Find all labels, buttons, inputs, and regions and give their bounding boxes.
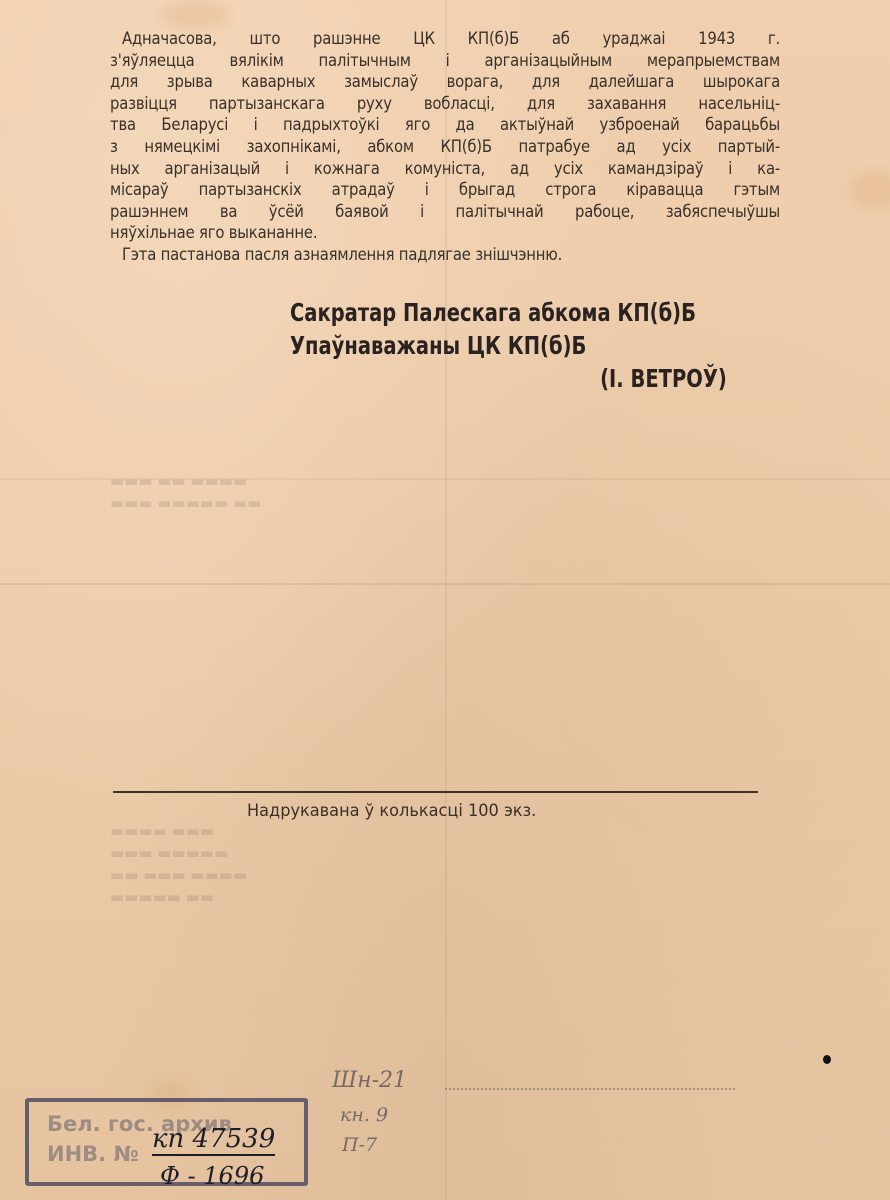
body-line: з'яўляецца вялікім палітычным і арганіза… bbox=[110, 50, 780, 72]
signature-name: (І. ВЕТРОЎ) bbox=[290, 362, 727, 395]
paper-stain bbox=[160, 0, 230, 30]
signature-role: Упаўнаважаны ЦК КП(б)Б bbox=[290, 329, 633, 362]
dotted-line bbox=[445, 1088, 735, 1090]
divider-rule bbox=[113, 791, 758, 793]
body-line: місараў партызанскіх атрадаў і брыгад ст… bbox=[110, 179, 780, 201]
print-run-note: Надрукавана ў колькасці 100 экз. bbox=[247, 801, 536, 821]
signature-block: Сакратар Палескага абкома КП(б)Б Упаўнав… bbox=[290, 296, 633, 395]
body-line: Адначасова, што рашэнне ЦК КП(б)Б аб ура… bbox=[110, 28, 780, 50]
bleed-through-text: ▬▬▬ ▬▬ ▬▬▬▬▬▬▬ ▬▬▬▬▬ ▬▬ bbox=[110, 470, 261, 514]
bleed-through-text: ▬▬▬▬ ▬▬▬▬▬▬ ▬▬▬▬▬▬▬ ▬▬▬ ▬▬▬▬▬▬▬▬▬ ▬▬ bbox=[110, 820, 247, 908]
document-page: ▬▬▬ ▬▬ ▬▬▬▬▬▬▬ ▬▬▬▬▬ ▬▬ ▬▬▬▬ ▬▬▬▬▬▬ ▬▬▬▬… bbox=[0, 0, 890, 1200]
body-line: тва Беларусі і падрыхтоўкі яго да актыўн… bbox=[110, 114, 780, 136]
body-line: ных арганізацый і кожнага комуніста, ад … bbox=[110, 158, 780, 180]
body-line: для зрыва каварных замыслаў ворага, для … bbox=[110, 71, 780, 93]
handwritten-inventory-number: кп 47539 bbox=[152, 1124, 275, 1156]
resolution-body: Адначасова, што рашэнне ЦК КП(б)Б аб ура… bbox=[110, 28, 780, 266]
pencil-note: Шн-21 bbox=[332, 1068, 407, 1093]
destroy-notice: Гэта пастанова пасля азнаямлення падляга… bbox=[110, 244, 780, 266]
stamp-inventory-label: ИНВ. № bbox=[47, 1142, 139, 1166]
pencil-note: кн. 9 bbox=[340, 1104, 388, 1126]
signature-title: Сакратар Палескага абкома КП(б)Б bbox=[290, 296, 633, 329]
body-line: развіцця партызанскага руху вобласці, дл… bbox=[110, 93, 780, 115]
pencil-note: П-7 bbox=[342, 1134, 377, 1156]
paper-stain bbox=[850, 170, 890, 210]
body-line: рашэннем ва ўсёй баявой і палітычнай раб… bbox=[110, 201, 780, 223]
body-line: няўхільнае яго выкананне. bbox=[110, 222, 780, 244]
handwritten-fund-number: Ф - 1696 bbox=[160, 1162, 264, 1190]
ink-spot bbox=[823, 1055, 831, 1064]
body-line: з нямецкімі захопнікамі, абком КП(б)Б па… bbox=[110, 136, 780, 158]
